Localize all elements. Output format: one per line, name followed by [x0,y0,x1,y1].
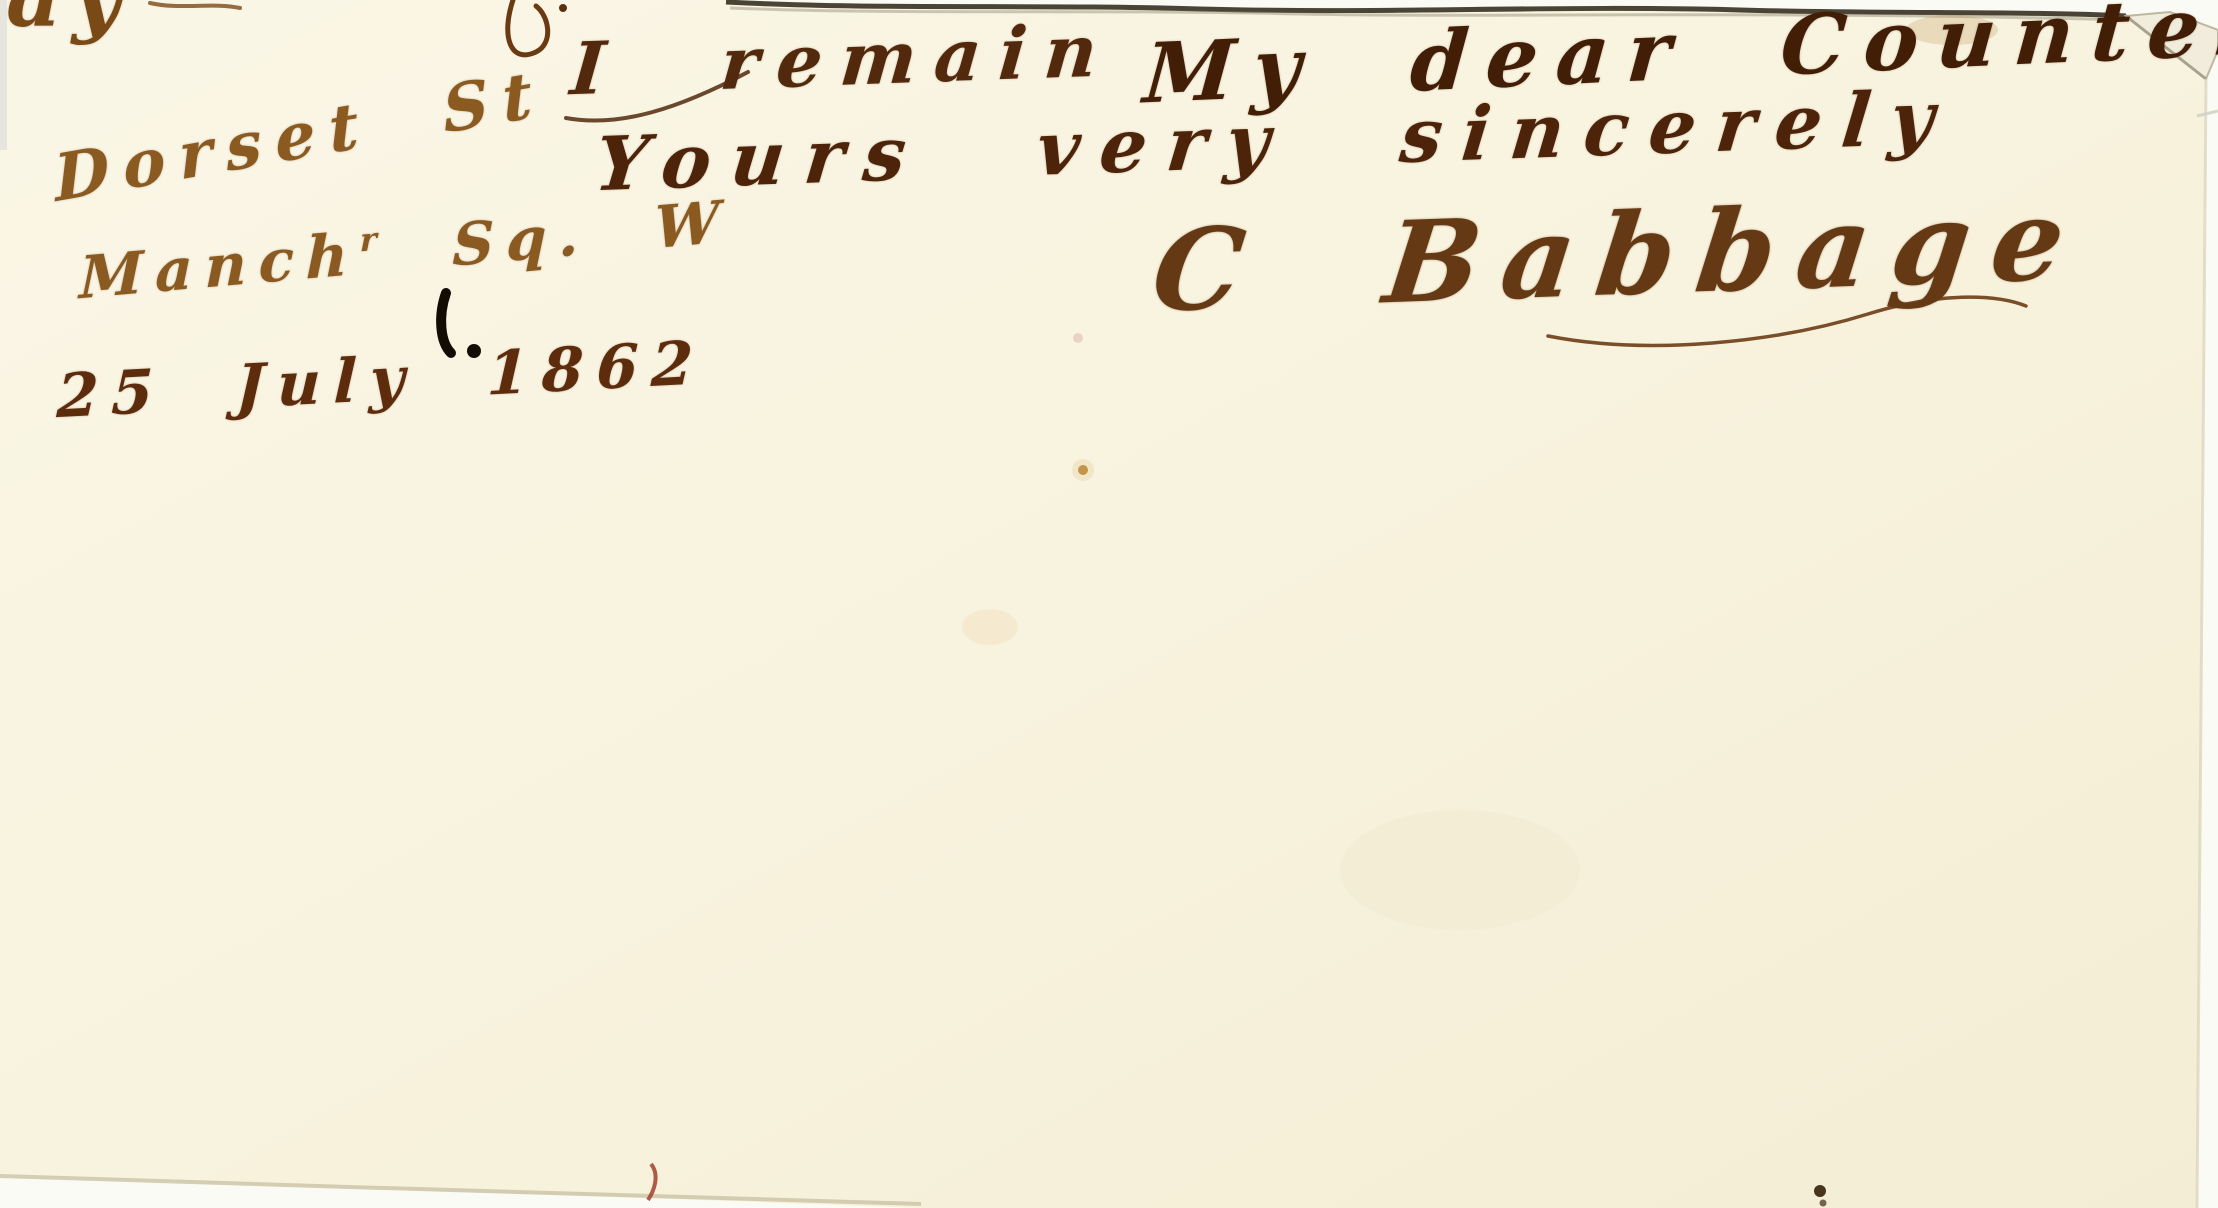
letter-scan: ay I remain My dear Countess Yours very … [0,0,2218,1208]
cutoff-text-fragment: ay [6,0,132,47]
address-line-2-superscript: r [360,219,389,260]
